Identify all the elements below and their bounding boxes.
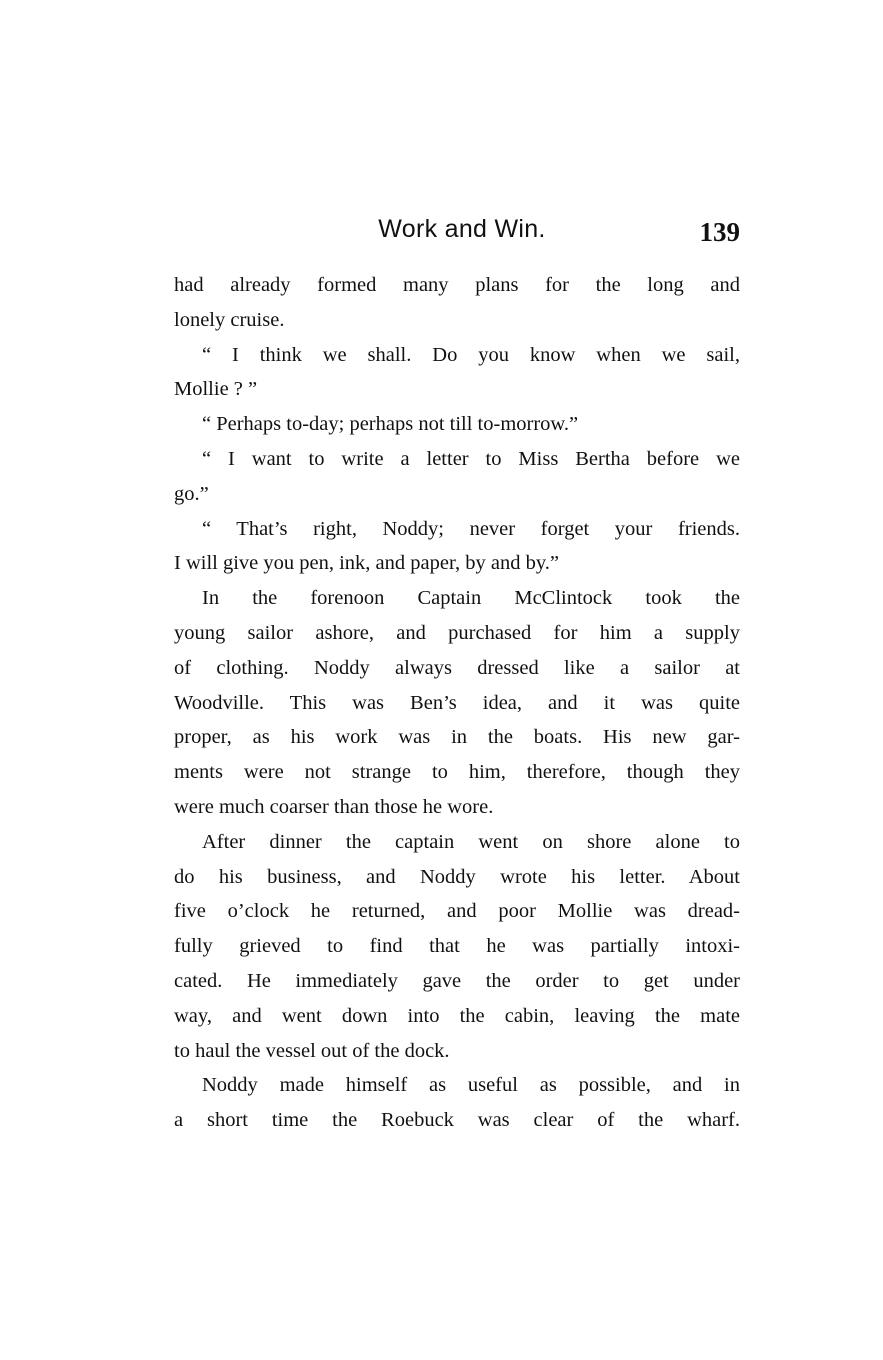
text-line: to haul the vessel out of the dock. <box>174 1034 740 1069</box>
text-line: Mollie ? ” <box>174 372 740 407</box>
text-line: “ I think we shall. Do you know when we … <box>174 338 740 373</box>
text-line: I will give you pen, ink, and paper, by … <box>174 546 740 581</box>
paragraph: had already formed many plans for the lo… <box>174 268 740 338</box>
paragraph: In the forenoon Captain McClintock took … <box>174 581 740 825</box>
paragraph: “ Perhaps to-day; perhaps not till to-mo… <box>174 407 740 442</box>
body-text: had already formed many plans for the lo… <box>174 268 740 1138</box>
running-head: Work and Win. 139 <box>174 215 740 255</box>
running-title: Work and Win. <box>174 215 740 244</box>
book-page: Work and Win. 139 had already formed man… <box>0 0 883 1360</box>
text-line: ments were not strange to him, therefore… <box>174 755 740 790</box>
text-line: were much coarser than those he wore. <box>174 790 740 825</box>
text-line: of clothing. Noddy always dressed like a… <box>174 651 740 686</box>
text-line: go.” <box>174 477 740 512</box>
text-line: “ Perhaps to-day; perhaps not till to-mo… <box>174 407 740 442</box>
text-line: In the forenoon Captain McClintock took … <box>174 581 740 616</box>
page-number: 139 <box>700 217 741 248</box>
text-line: After dinner the captain went on shore a… <box>174 825 740 860</box>
paragraph: “ I think we shall. Do you know when we … <box>174 338 740 408</box>
paragraph: After dinner the captain went on shore a… <box>174 825 740 1069</box>
paragraph: “ That’s right, Noddy; never forget your… <box>174 512 740 582</box>
paragraph: Noddy made himself as useful as possible… <box>174 1068 740 1138</box>
paragraph: “ I want to write a letter to Miss Berth… <box>174 442 740 512</box>
text-line: Noddy made himself as useful as possible… <box>174 1068 740 1103</box>
text-line: way, and went down into the cabin, leavi… <box>174 999 740 1034</box>
text-line: five o’clock he returned, and poor Molli… <box>174 894 740 929</box>
text-line: proper, as his work was in the boats. Hi… <box>174 720 740 755</box>
text-line: Woodville. This was Ben’s idea, and it w… <box>174 686 740 721</box>
text-line: fully grieved to find that he was partia… <box>174 929 740 964</box>
text-line: “ I want to write a letter to Miss Berth… <box>174 442 740 477</box>
text-line: “ That’s right, Noddy; never forget your… <box>174 512 740 547</box>
text-line: young sailor ashore, and purchased for h… <box>174 616 740 651</box>
text-line: cated. He immediately gave the order to … <box>174 964 740 999</box>
text-line: lonely cruise. <box>174 303 740 338</box>
text-line: had already formed many plans for the lo… <box>174 268 740 303</box>
text-line: a short time the Roebuck was clear of th… <box>174 1103 740 1138</box>
text-line: do his business, and Noddy wrote his let… <box>174 860 740 895</box>
